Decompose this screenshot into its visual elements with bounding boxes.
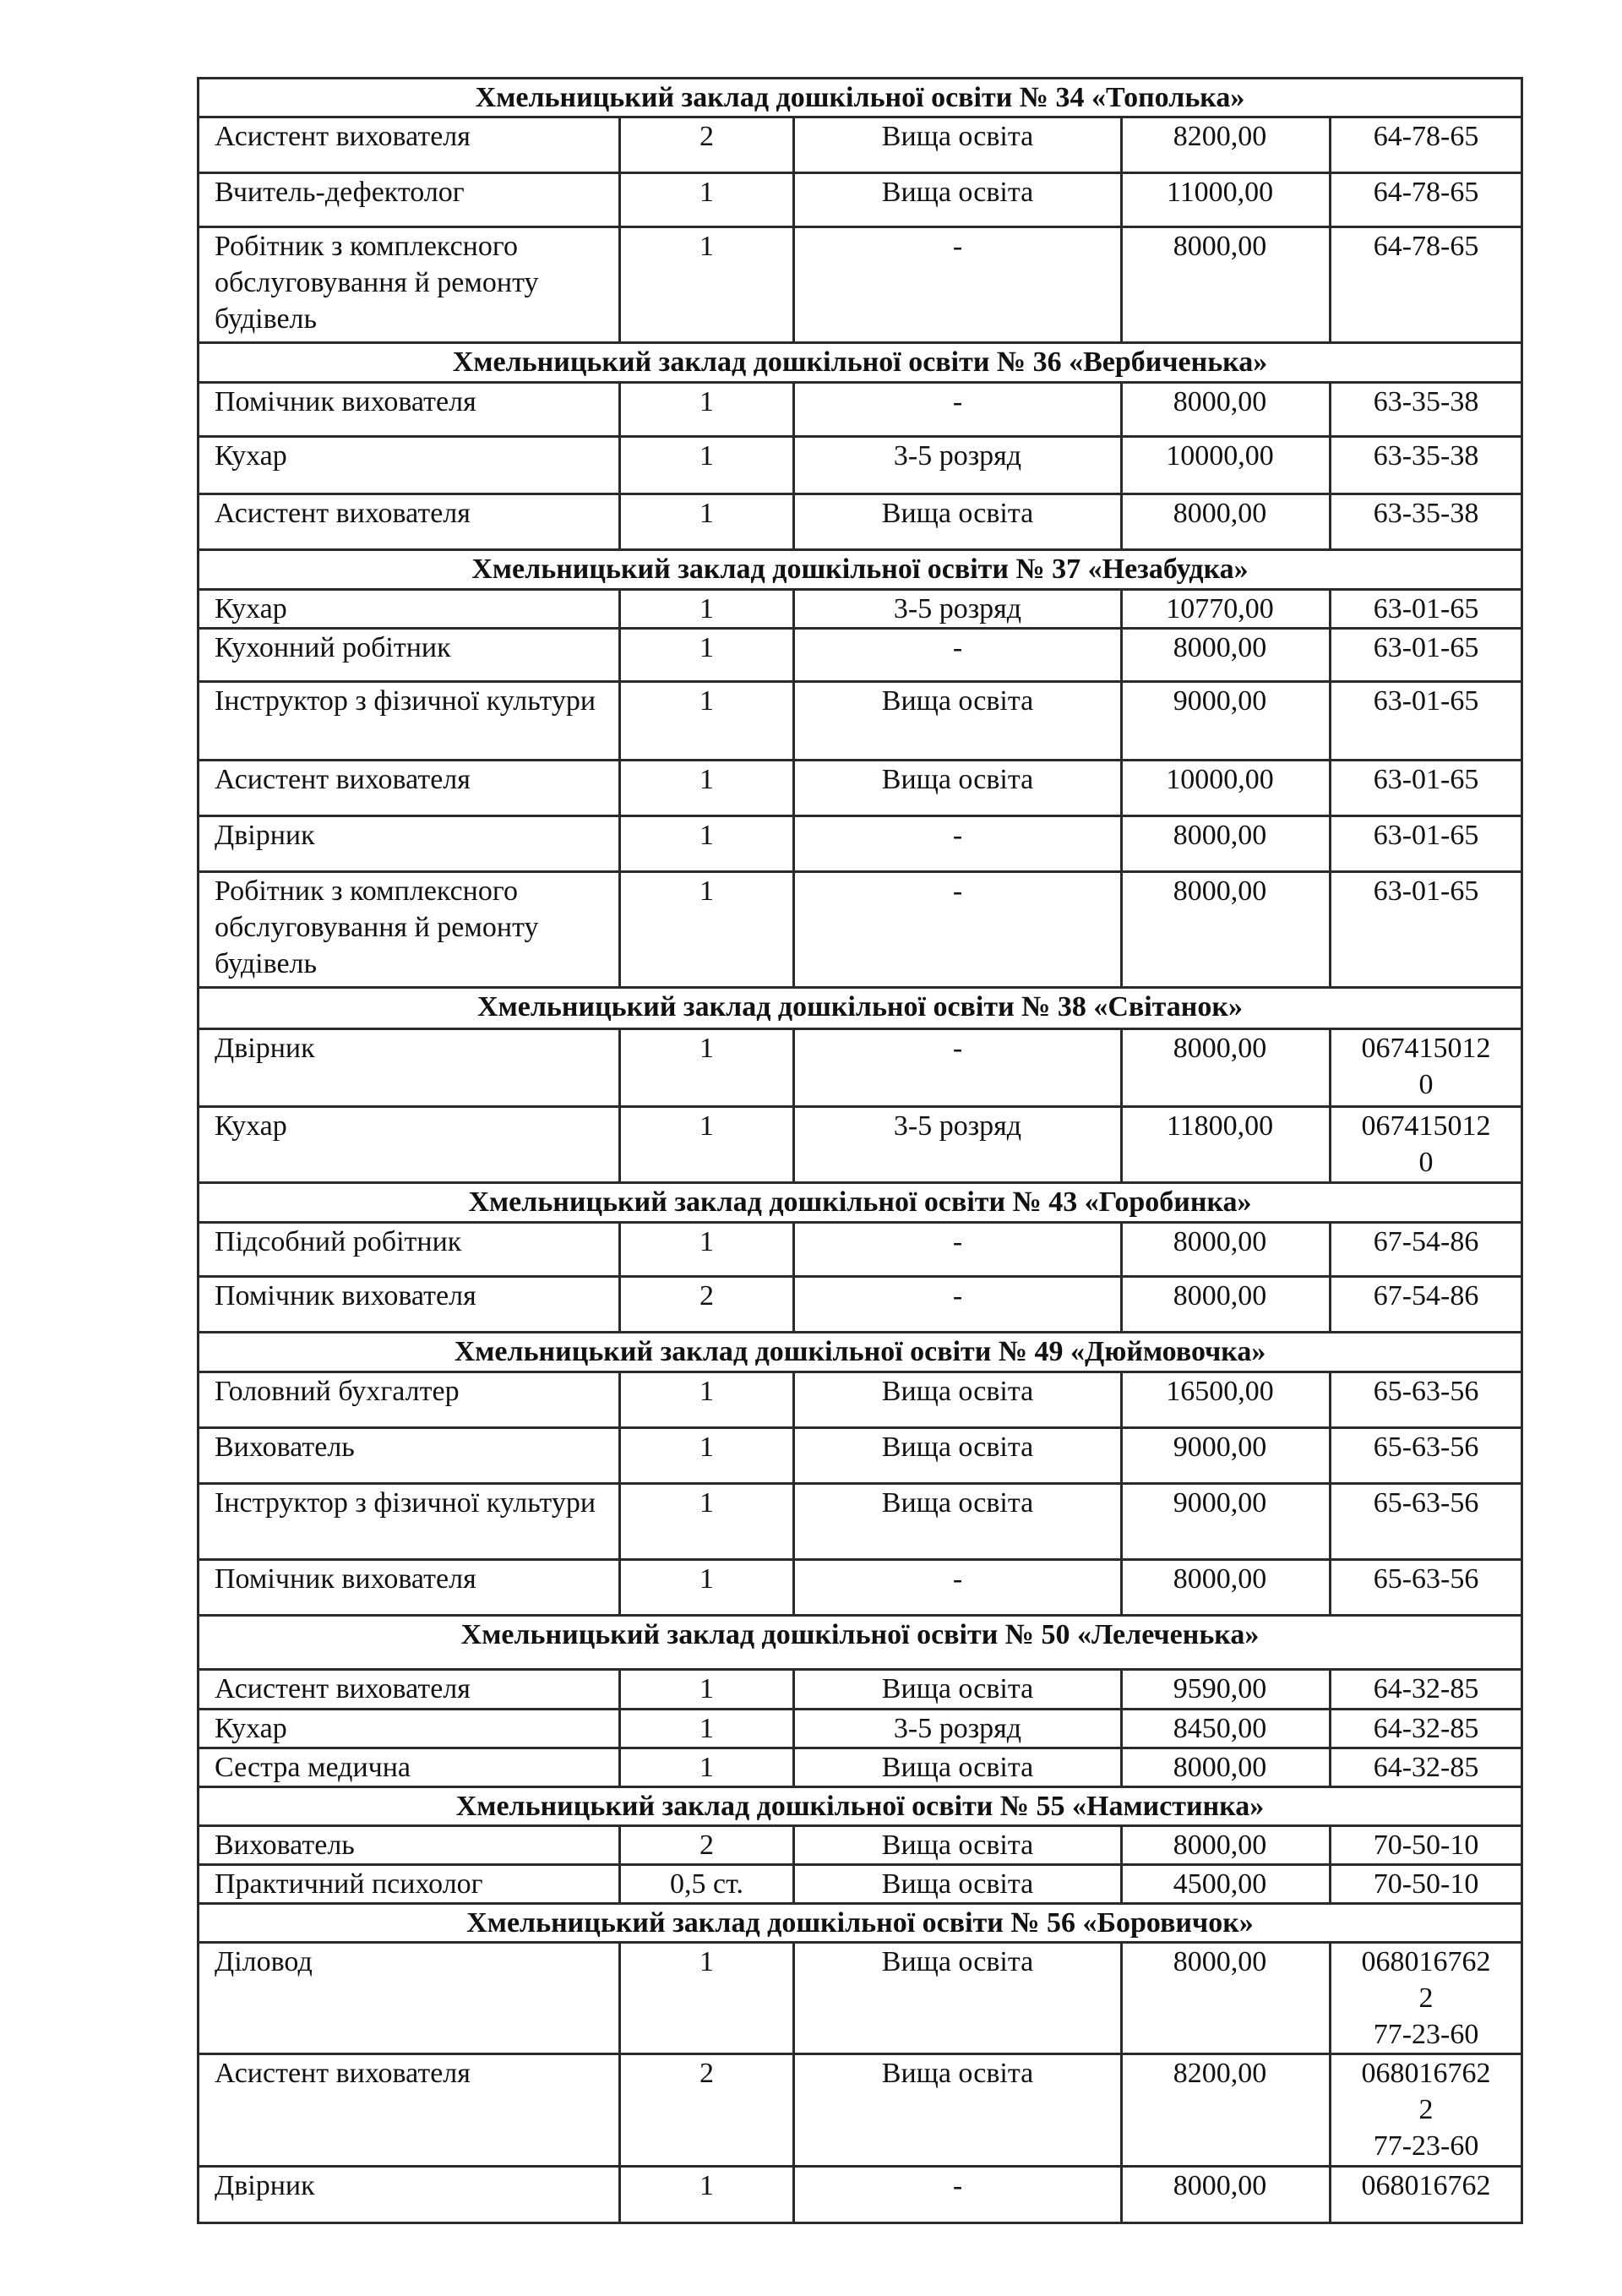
position-cell: Вихователь [199,1428,620,1484]
quantity-cell: 1 [620,1748,794,1787]
salary-cell: 8000,00 [1122,1560,1331,1616]
requirements-cell: Вища освіта [794,173,1122,227]
phone-line: 70-50-10 [1331,1866,1521,1902]
phone-cell: 068016762 [1331,2167,1522,2223]
requirements-cell: Вища освіта [794,761,1122,816]
position-cell: Вчитель-дефектолог [199,173,620,227]
phone-line: 63-01-65 [1331,817,1521,854]
quantity-cell: 1 [620,437,794,494]
table-row: Вихователь1Вища освіта9000,0065-63-56 [199,1428,1522,1484]
table-row: Кухар13-5 розряд10770,0063-01-65 [199,590,1522,629]
requirements-cell: Вища освіта [794,494,1122,550]
section-header-row: Хмельницький заклад дошкільної освіти № … [199,1616,1522,1670]
requirements-cell: - [794,872,1122,988]
table-row: Помічник вихователя1-8000,0063-35-38 [199,383,1522,437]
table-row: Асистент вихователя1Вища освіта10000,006… [199,761,1522,816]
phone-line: 63-01-65 [1331,761,1521,798]
phone-line: 63-35-38 [1331,495,1521,532]
requirements-cell: 3-5 розряд [794,590,1122,629]
salary-cell: 10000,00 [1122,437,1331,494]
quantity-cell: 2 [620,1826,794,1865]
quantity-cell: 2 [620,2054,794,2167]
phone-cell: 64-78-65 [1331,173,1522,227]
position-cell: Вихователь [199,1826,620,1865]
section-title: Хмельницький заклад дошкільної освіти № … [199,1333,1522,1372]
position-cell: Двірник [199,2167,620,2223]
quantity-cell: 1 [620,629,794,682]
salary-cell: 8200,00 [1122,117,1331,173]
phone-line: 67-54-86 [1331,1224,1521,1260]
requirements-cell: 3-5 розряд [794,1107,1122,1183]
phone-line: 65-63-56 [1331,1429,1521,1465]
phone-line: 65-63-56 [1331,1373,1521,1410]
section-title: Хмельницький заклад дошкільної освіти № … [199,1787,1522,1826]
requirements-cell: Вища освіта [794,1372,1122,1428]
phone-line: 70-50-10 [1331,1827,1521,1863]
phone-line: 64-78-65 [1331,228,1521,265]
salary-cell: 8000,00 [1122,1826,1331,1865]
section-title: Хмельницький заклад дошкільної освіти № … [199,79,1522,117]
requirements-cell: Вища освіта [794,2054,1122,2167]
table-row: Практичний психолог0,5 ст.Вища освіта450… [199,1865,1522,1904]
phone-line: 2 [1331,2091,1521,2128]
quantity-cell: 0,5 ст. [620,1865,794,1904]
phone-line: 63-01-65 [1331,873,1521,909]
quantity-cell: 1 [620,590,794,629]
phone-cell: 67-54-86 [1331,1223,1522,1277]
requirements-cell: Вища освіта [794,1428,1122,1484]
requirements-cell: - [794,1029,1122,1107]
position-cell: Підсобний робітник [199,1223,620,1277]
phone-cell: 63-35-38 [1331,494,1522,550]
phone-line: 068016762 [1331,2055,1521,2091]
quantity-cell: 1 [620,1560,794,1616]
salary-cell: 10000,00 [1122,761,1331,816]
phone-line: 65-63-56 [1331,1485,1521,1521]
phone-cell: 0674150120 [1331,1107,1522,1183]
quantity-cell: 2 [620,1277,794,1333]
quantity-cell: 1 [620,761,794,816]
phone-line: 64-32-85 [1331,1671,1521,1707]
salary-cell: 11800,00 [1122,1107,1331,1183]
phone-line: 2 [1331,1980,1521,2016]
phone-line: 63-01-65 [1331,591,1521,627]
position-cell: Сестра медична [199,1748,620,1787]
phone-line: 67-54-86 [1331,1278,1521,1314]
section-title: Хмельницький заклад дошкільної освіти № … [199,550,1522,590]
section-title: Хмельницький заклад дошкільної освіти № … [199,1904,1522,1943]
phone-cell: 0674150120 [1331,1029,1522,1107]
quantity-cell: 1 [620,1029,794,1107]
table-row: Кухонний робітник1-8000,0063-01-65 [199,629,1522,682]
position-cell: Асистент вихователя [199,494,620,550]
salary-cell: 16500,00 [1122,1372,1331,1428]
table-row: Асистент вихователя2Вища освіта8200,0006… [199,2054,1522,2167]
requirements-cell: Вища освіта [794,117,1122,173]
quantity-cell: 1 [620,494,794,550]
salary-cell: 4500,00 [1122,1865,1331,1904]
salary-cell: 11000,00 [1122,173,1331,227]
position-cell: Діловод [199,1943,620,2054]
vacancy-table: Хмельницький заклад дошкільної освіти № … [197,77,1523,2224]
table-row: Асистент вихователя2Вища освіта8200,0064… [199,117,1522,173]
section-header-row: Хмельницький заклад дошкільної освіти № … [199,1183,1522,1223]
phone-cell: 70-50-10 [1331,1865,1522,1904]
table-row: Сестра медична1Вища освіта8000,0064-32-8… [199,1748,1522,1787]
position-cell: Робітник з комплексного обслуговування й… [199,872,620,988]
requirements-cell: - [794,2167,1122,2223]
salary-cell: 8000,00 [1122,872,1331,988]
quantity-cell: 2 [620,117,794,173]
position-cell: Асистент вихователя [199,2054,620,2167]
phone-cell: 64-32-85 [1331,1748,1522,1787]
phone-cell: 64-32-85 [1331,1710,1522,1748]
phone-line: 64-32-85 [1331,1710,1521,1747]
position-cell: Кухар [199,437,620,494]
phone-line: 77-23-60 [1331,2016,1521,2053]
phone-line: 0 [1331,1144,1521,1181]
salary-cell: 10770,00 [1122,590,1331,629]
salary-cell: 8000,00 [1122,227,1331,343]
section-title: Хмельницький заклад дошкільної освіти № … [199,1183,1522,1223]
salary-cell: 9000,00 [1122,682,1331,761]
phone-cell: 64-78-65 [1331,117,1522,173]
section-title: Хмельницький заклад дошкільної освіти № … [199,1616,1522,1670]
requirements-cell: Вища освіта [794,1865,1122,1904]
table-row: Двірник1-8000,00068016762 [199,2167,1522,2223]
position-cell: Головний бухгалтер [199,1372,620,1428]
phone-line: 067415012 [1331,1108,1521,1144]
table-row: Головний бухгалтер1Вища освіта16500,0065… [199,1372,1522,1428]
table-row: Помічник вихователя2-8000,0067-54-86 [199,1277,1522,1333]
requirements-cell: - [794,816,1122,872]
quantity-cell: 1 [620,1670,794,1710]
position-cell: Двірник [199,816,620,872]
phone-cell: 63-35-38 [1331,383,1522,437]
position-cell: Асистент вихователя [199,761,620,816]
phone-cell: 068016762277-23-60 [1331,1943,1522,2054]
phone-line: 63-01-65 [1331,630,1521,666]
requirements-cell: 3-5 розряд [794,1710,1122,1748]
phone-cell: 65-63-56 [1331,1484,1522,1560]
table-row: Вчитель-дефектолог1Вища освіта11000,0064… [199,173,1522,227]
table-row: Помічник вихователя1-8000,0065-63-56 [199,1560,1522,1616]
position-cell: Двірник [199,1029,620,1107]
table-row: Підсобний робітник1-8000,0067-54-86 [199,1223,1522,1277]
salary-cell: 9000,00 [1122,1484,1331,1560]
position-cell: Інструктор з фізичної культури [199,682,620,761]
section-header-row: Хмельницький заклад дошкільної освіти № … [199,988,1522,1029]
quantity-cell: 1 [620,383,794,437]
salary-cell: 8000,00 [1122,1748,1331,1787]
position-cell: Асистент вихователя [199,117,620,173]
requirements-cell: - [794,383,1122,437]
salary-cell: 8000,00 [1122,1277,1331,1333]
phone-cell: 068016762277-23-60 [1331,2054,1522,2167]
position-cell: Помічник вихователя [199,383,620,437]
requirements-cell: Вища освіта [794,1826,1122,1865]
phone-cell: 63-35-38 [1331,437,1522,494]
section-title: Хмельницький заклад дошкільної освіти № … [199,988,1522,1029]
requirements-cell: - [794,1277,1122,1333]
quantity-cell: 1 [620,1943,794,2054]
table-row: Інструктор з фізичної культури1Вища осві… [199,682,1522,761]
phone-line: 63-35-38 [1331,384,1521,420]
salary-cell: 8000,00 [1122,1223,1331,1277]
phone-cell: 70-50-10 [1331,1826,1522,1865]
quantity-cell: 1 [620,227,794,343]
requirements-cell: - [794,1223,1122,1277]
position-cell: Асистент вихователя [199,1670,620,1710]
quantity-cell: 1 [620,1223,794,1277]
position-cell: Кухар [199,1107,620,1183]
quantity-cell: 1 [620,1710,794,1748]
section-title: Хмельницький заклад дошкільної освіти № … [199,343,1522,383]
phone-line: 77-23-60 [1331,2128,1521,2164]
salary-cell: 8000,00 [1122,2167,1331,2223]
position-cell: Кухар [199,1710,620,1748]
salary-cell: 9590,00 [1122,1670,1331,1710]
requirements-cell: - [794,1560,1122,1616]
phone-cell: 65-63-56 [1331,1428,1522,1484]
section-header-row: Хмельницький заклад дошкільної освіти № … [199,343,1522,383]
phone-cell: 64-78-65 [1331,227,1522,343]
salary-cell: 8200,00 [1122,2054,1331,2167]
phone-cell: 63-01-65 [1331,682,1522,761]
salary-cell: 8450,00 [1122,1710,1331,1748]
quantity-cell: 1 [620,173,794,227]
position-cell: Практичний психолог [199,1865,620,1904]
requirements-cell: 3-5 розряд [794,437,1122,494]
section-header-row: Хмельницький заклад дошкільної освіти № … [199,550,1522,590]
phone-cell: 63-01-65 [1331,590,1522,629]
quantity-cell: 1 [620,2167,794,2223]
requirements-cell: Вища освіта [794,1943,1122,2054]
phone-line: 068016762 [1331,1944,1521,1980]
phone-cell: 64-32-85 [1331,1670,1522,1710]
table-row: Вихователь2Вища освіта8000,0070-50-10 [199,1826,1522,1865]
requirements-cell: Вища освіта [794,1748,1122,1787]
phone-line: 63-01-65 [1331,683,1521,719]
section-header-row: Хмельницький заклад дошкільної освіти № … [199,1333,1522,1372]
salary-cell: 8000,00 [1122,816,1331,872]
phone-cell: 63-01-65 [1331,761,1522,816]
table-row: Двірник1-8000,000674150120 [199,1029,1522,1107]
salary-cell: 9000,00 [1122,1428,1331,1484]
phone-cell: 63-01-65 [1331,816,1522,872]
quantity-cell: 1 [620,816,794,872]
requirements-cell: - [794,629,1122,682]
salary-cell: 8000,00 [1122,1943,1331,2054]
phone-cell: 67-54-86 [1331,1277,1522,1333]
vacancy-table-body: Хмельницький заклад дошкільної освіти № … [199,79,1522,2223]
table-row: Робітник з комплексного обслуговування й… [199,227,1522,343]
salary-cell: 8000,00 [1122,494,1331,550]
salary-cell: 8000,00 [1122,1029,1331,1107]
quantity-cell: 1 [620,872,794,988]
position-cell: Помічник вихователя [199,1560,620,1616]
section-header-row: Хмельницький заклад дошкільної освіти № … [199,79,1522,117]
phone-line: 64-78-65 [1331,174,1521,210]
requirements-cell: Вища освіта [794,1670,1122,1710]
phone-line: 63-35-38 [1331,438,1521,474]
phone-line: 068016762 [1331,2168,1521,2204]
table-row: Кухар13-5 розряд10000,0063-35-38 [199,437,1522,494]
position-cell: Кухар [199,590,620,629]
phone-cell: 65-63-56 [1331,1560,1522,1616]
quantity-cell: 1 [620,1372,794,1428]
phone-line: 65-63-56 [1331,1561,1521,1597]
phone-cell: 63-01-65 [1331,629,1522,682]
table-row: Асистент вихователя1Вища освіта8000,0063… [199,494,1522,550]
position-cell: Робітник з комплексного обслуговування й… [199,227,620,343]
table-row: Робітник з комплексного обслуговування й… [199,872,1522,988]
phone-line: 64-78-65 [1331,118,1521,155]
section-header-row: Хмельницький заклад дошкільної освіти № … [199,1787,1522,1826]
quantity-cell: 1 [620,1107,794,1183]
table-row: Кухар13-5 розряд11800,000674150120 [199,1107,1522,1183]
position-cell: Кухонний робітник [199,629,620,682]
phone-line: 0 [1331,1066,1521,1103]
quantity-cell: 1 [620,1484,794,1560]
table-row: Асистент вихователя1Вища освіта9590,0064… [199,1670,1522,1710]
table-row: Кухар13-5 розряд8450,0064-32-85 [199,1710,1522,1748]
section-header-row: Хмельницький заклад дошкільної освіти № … [199,1904,1522,1943]
phone-cell: 65-63-56 [1331,1372,1522,1428]
table-row: Діловод1Вища освіта8000,00068016762277-2… [199,1943,1522,2054]
requirements-cell: - [794,227,1122,343]
table-row: Двірник1-8000,0063-01-65 [199,816,1522,872]
table-row: Інструктор з фізичної культури1Вища осві… [199,1484,1522,1560]
quantity-cell: 1 [620,682,794,761]
position-cell: Помічник вихователя [199,1277,620,1333]
requirements-cell: Вища освіта [794,1484,1122,1560]
quantity-cell: 1 [620,1428,794,1484]
phone-line: 64-32-85 [1331,1749,1521,1786]
salary-cell: 8000,00 [1122,629,1331,682]
salary-cell: 8000,00 [1122,383,1331,437]
requirements-cell: Вища освіта [794,682,1122,761]
phone-line: 067415012 [1331,1030,1521,1066]
position-cell: Інструктор з фізичної культури [199,1484,620,1560]
phone-cell: 63-01-65 [1331,872,1522,988]
